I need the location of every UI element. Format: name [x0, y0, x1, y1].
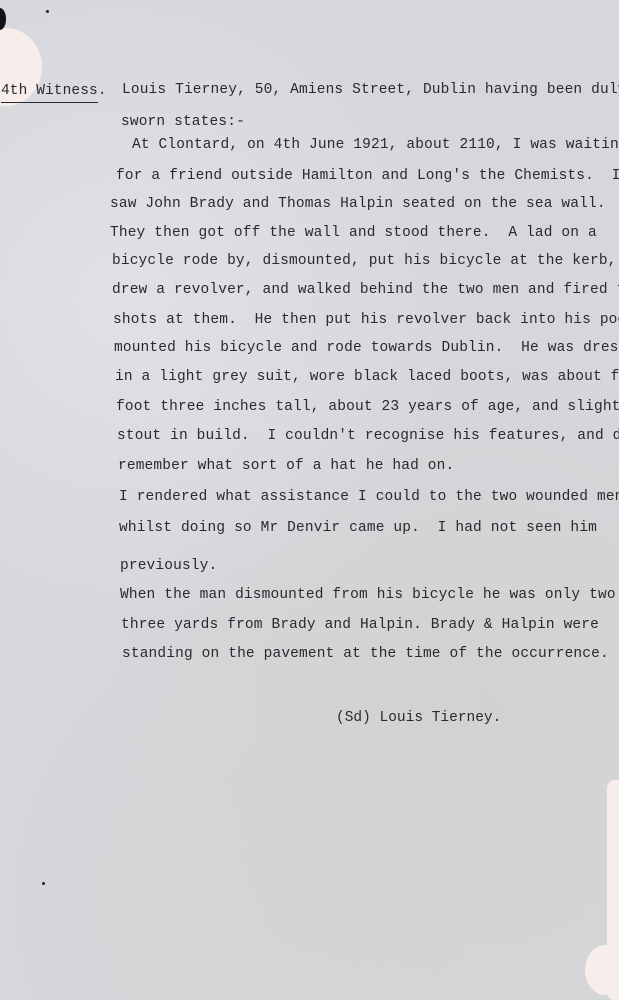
- document-page: 4th Witness. Louis Tierney, 50, Amiens S…: [0, 0, 619, 1000]
- punch-hole-shadow: [0, 8, 6, 30]
- statement-line: saw John Brady and Thomas Halpin seated …: [110, 196, 606, 212]
- statement-line: I rendered what assistance I could to th…: [119, 489, 619, 505]
- witness-heading: 4th Witness.: [1, 83, 107, 99]
- statement-line: bicycle rode by, dismounted, put his bic…: [112, 253, 617, 269]
- torn-page-edge-bump: [585, 945, 619, 995]
- statement-line: They then got off the wall and stood the…: [110, 225, 597, 241]
- statement-line: At Clontard, on 4th June 1921, about 211…: [132, 137, 619, 153]
- statement-line: mounted his bicycle and rode towards Dub…: [114, 340, 619, 356]
- statement-line: for a friend outside Hamilton and Long's…: [116, 168, 619, 184]
- witness-heading-label: 4th Witness: [1, 83, 98, 103]
- statement-line: whilst doing so Mr Denvir came up. I had…: [119, 520, 597, 536]
- statement-line: in a light grey suit, wore black laced b…: [115, 369, 619, 385]
- statement-line: sworn states:-: [121, 114, 245, 130]
- witness-heading-punct: .: [98, 83, 107, 99]
- statement-line: Louis Tierney, 50, Amiens Street, Dublin…: [122, 82, 619, 98]
- statement-line: previously.: [120, 558, 217, 574]
- ink-speck: [42, 882, 45, 885]
- statement-line: shots at them. He then put his revolver …: [113, 312, 619, 328]
- statement-line: three yards from Brady and Halpin. Brady…: [121, 617, 599, 633]
- signature: (Sd) Louis Tierney.: [336, 710, 501, 726]
- statement-line: stout in build. I couldn't recognise his…: [117, 428, 619, 444]
- ink-speck: [46, 10, 49, 13]
- statement-line: foot three inches tall, about 23 years o…: [116, 399, 619, 415]
- statement-line: drew a revolver, and walked behind the t…: [112, 282, 619, 298]
- statement-line: remember what sort of a hat he had on.: [118, 458, 454, 474]
- statement-line: When the man dismounted from his bicycle…: [120, 587, 619, 603]
- statement-line: standing on the pavement at the time of …: [122, 646, 609, 662]
